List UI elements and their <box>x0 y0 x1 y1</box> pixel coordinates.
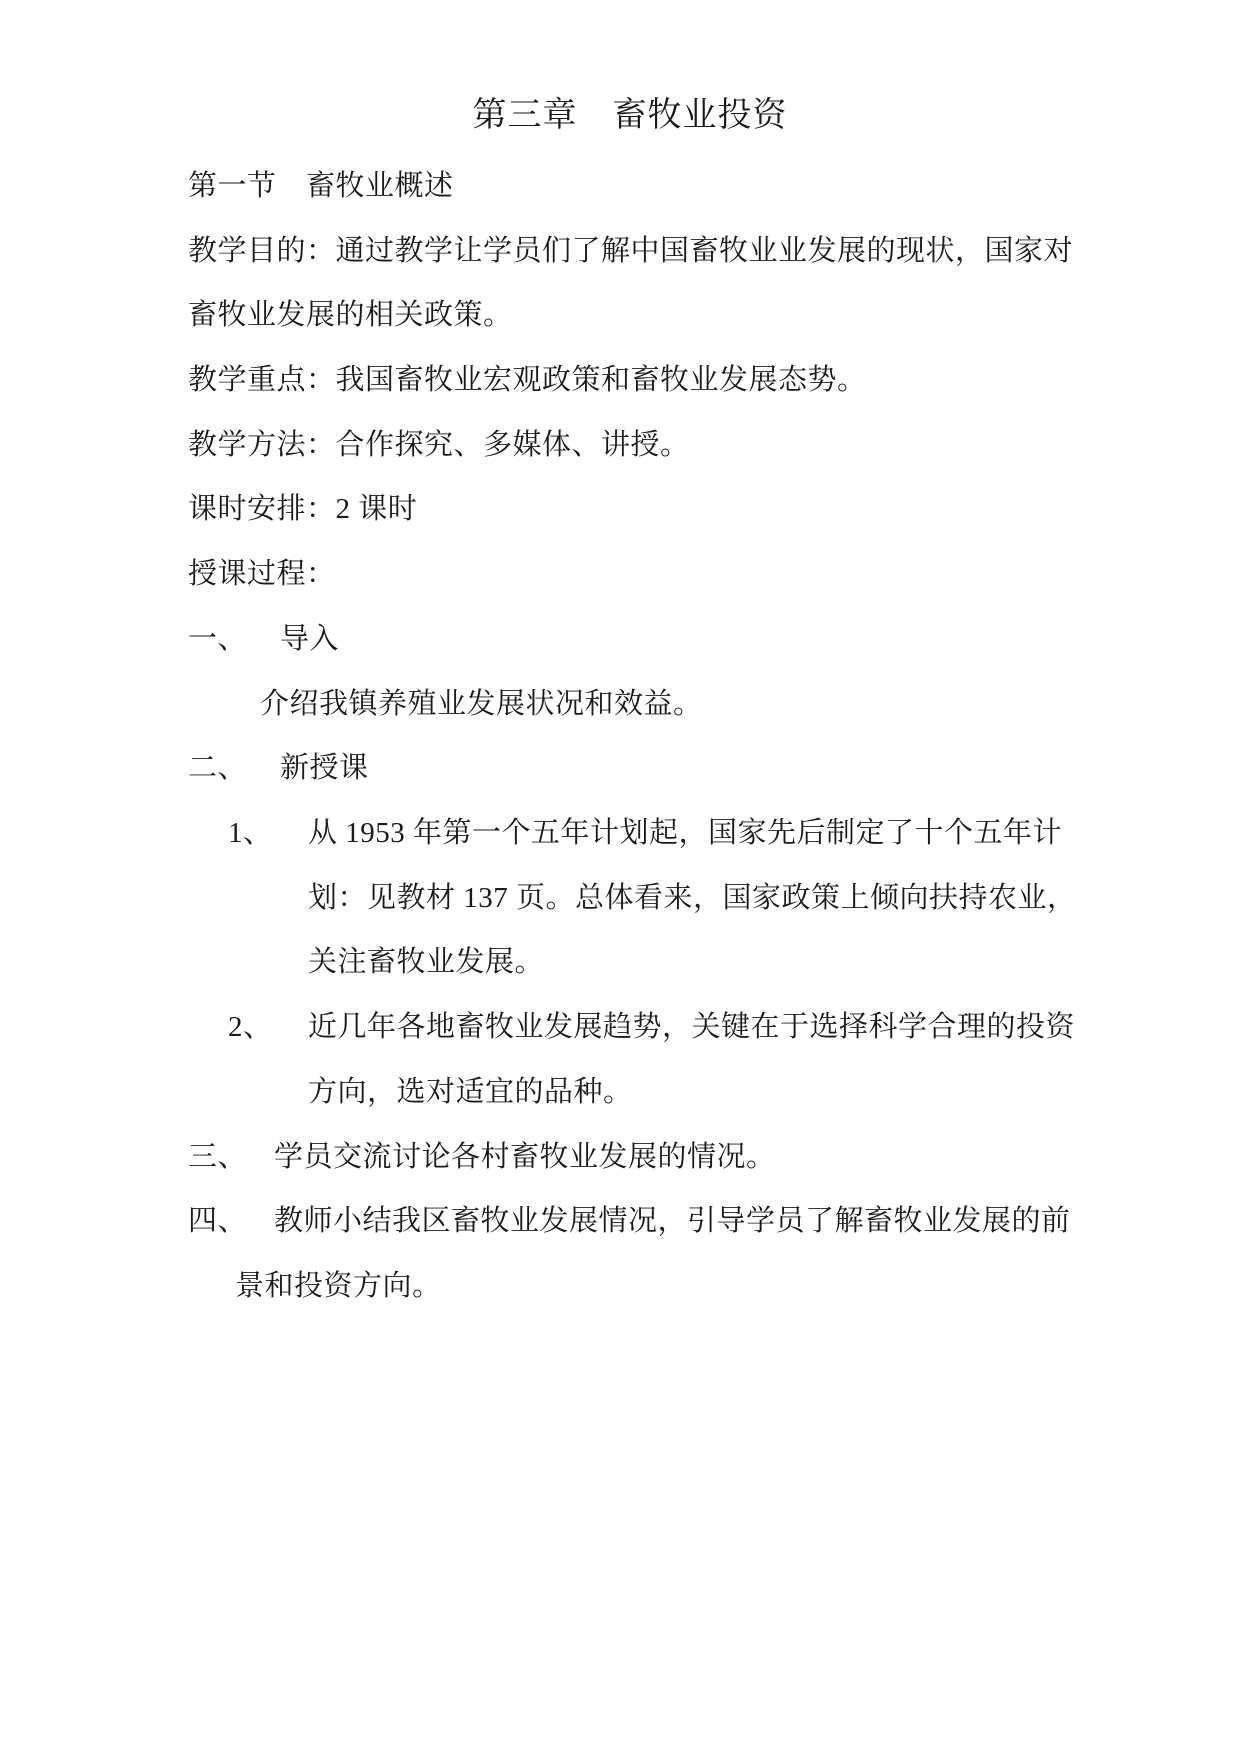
line-text: 教学目的：通过教学让学员们了解中国畜牧业业发展的现状，国家对 <box>188 235 1073 267</box>
doc-line-item-4-summary: 四、教师小结我区畜牧业发展情况，引导学员了解畜牧业发展的前 <box>188 1202 1071 1240</box>
doc-line-teaching-method: 教学方法：合作探究、多媒体、讲授。 <box>188 426 690 464</box>
doc-line-sub-item-1: 1、从 1953 年第一个五年计划起，国家先后制定了十个五年计 <box>228 814 1062 852</box>
list-marker: 二、 <box>188 749 280 787</box>
doc-line-item-2-new-lesson: 二、新授课 <box>188 749 369 787</box>
line-text: 畜牧业发展的相关政策。 <box>188 299 513 331</box>
doc-line-sub-item-1-cont: 划：见教材 137 页。总体看来，国家政策上倾向扶持农业， <box>308 879 1077 917</box>
line-text: 划：见教材 137 页。总体看来，国家政策上倾向扶持农业， <box>308 882 1077 914</box>
line-text: 景和投资方向。 <box>235 1270 442 1302</box>
line-text: 近几年各地畜牧业发展趋势，关键在于选择科学合理的投资 <box>308 1011 1075 1043</box>
line-text: 新授课 <box>280 752 369 784</box>
doc-line-item-1-intro: 一、导入 <box>188 620 339 658</box>
line-text: 学员交流讨论各村畜牧业发展的情况。 <box>274 1141 776 1173</box>
line-text: 授课过程： <box>188 558 336 590</box>
line-text: 导入 <box>280 623 339 655</box>
line-text: 教师小结我区畜牧业发展情况，引导学员了解畜牧业发展的前 <box>274 1205 1071 1237</box>
doc-line-sub-item-1-cont2: 关注畜牧业发展。 <box>308 943 544 981</box>
line-text: 从 1953 年第一个五年计划起，国家先后制定了十个五年计 <box>308 817 1062 849</box>
line-text: 关注畜牧业发展。 <box>308 946 544 978</box>
doc-line-item-4-cont: 景和投资方向。 <box>235 1267 442 1305</box>
doc-title: 第三章 畜牧业投资 <box>188 94 1072 138</box>
line-text: 方向，选对适宜的品种。 <box>308 1076 633 1108</box>
doc-line-sub-item-2: 2、近几年各地畜牧业发展趋势，关键在于选择科学合理的投资 <box>228 1008 1075 1046</box>
doc-line-class-hours: 课时安排：2 课时 <box>188 490 417 528</box>
doc-line-teaching-goal: 教学目的：通过教学让学员们了解中国畜牧业业发展的现状，国家对 <box>188 232 1073 270</box>
doc-line-item-3-discussion: 三、学员交流讨论各村畜牧业发展的情况。 <box>188 1138 776 1176</box>
doc-line-teaching-goal-cont: 畜牧业发展的相关政策。 <box>188 296 513 334</box>
doc-line-sub-item-2-cont: 方向，选对适宜的品种。 <box>308 1073 633 1111</box>
line-text: 教学重点：我国畜牧业宏观政策和畜牧业发展态势。 <box>188 364 867 396</box>
list-marker: 1、 <box>228 814 308 852</box>
doc-line-teaching-focus: 教学重点：我国畜牧业宏观政策和畜牧业发展态势。 <box>188 361 867 399</box>
line-text: 第一节 畜牧业概述 <box>188 170 454 202</box>
doc-line-section-heading: 第一节 畜牧业概述 <box>188 167 454 205</box>
line-text: 教学方法：合作探究、多媒体、讲授。 <box>188 429 690 461</box>
list-marker: 一、 <box>188 620 280 658</box>
list-marker: 四、 <box>188 1202 274 1240</box>
line-text: 课时安排：2 课时 <box>188 493 417 525</box>
list-marker: 2、 <box>228 1008 308 1046</box>
doc-line-intro-detail: 介绍我镇养殖业发展状况和效益。 <box>260 685 703 723</box>
document-page: 第三章 畜牧业投资 第一节 畜牧业概述 教学目的：通过教学让学员们了解中国畜牧业… <box>0 0 1241 1754</box>
line-text: 介绍我镇养殖业发展状况和效益。 <box>260 688 703 720</box>
doc-line-lesson-process: 授课过程： <box>188 555 336 593</box>
list-marker: 三、 <box>188 1138 274 1176</box>
